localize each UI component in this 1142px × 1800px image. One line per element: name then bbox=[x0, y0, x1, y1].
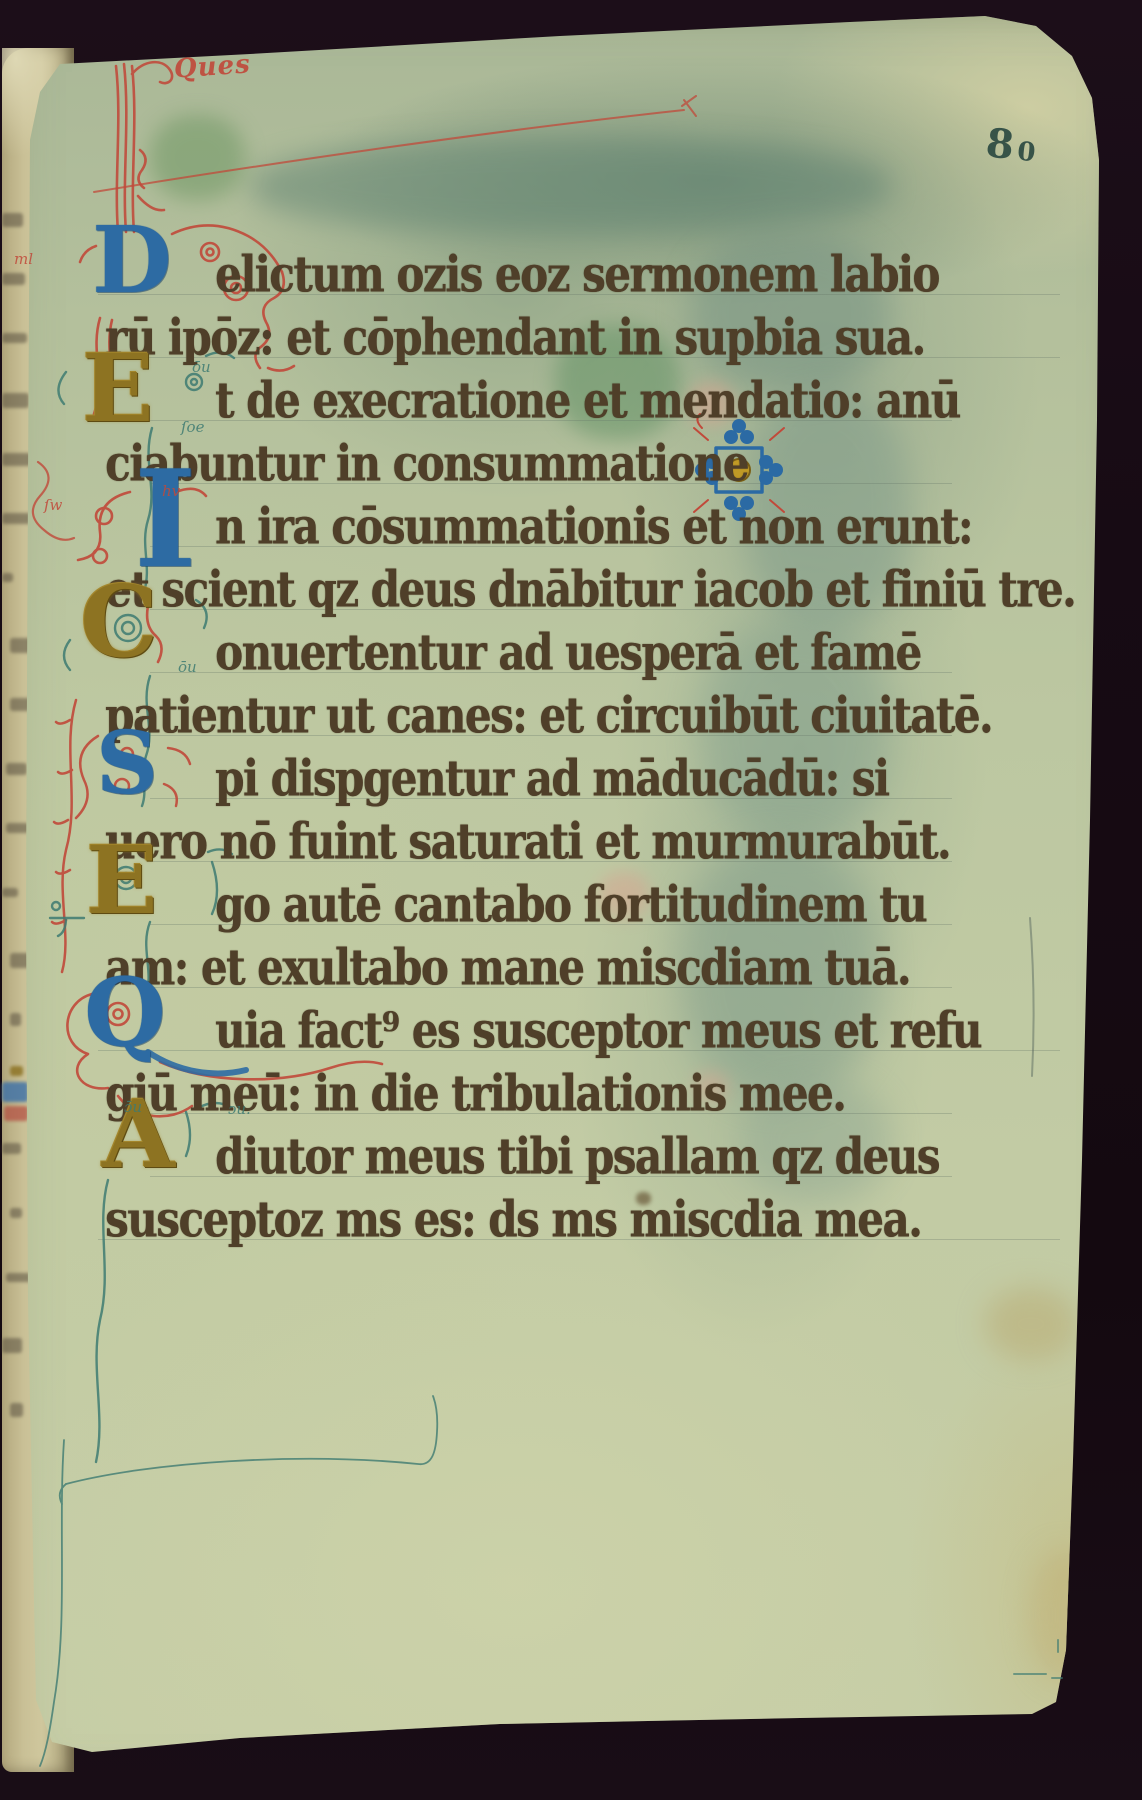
manuscript-photo: elictum ozis eoz sermonem labiorū ipōz: … bbox=[0, 0, 1142, 1800]
showthrough-mark bbox=[2, 393, 29, 408]
text-line: susceptoz ms es: ds ms miscdia mea. bbox=[105, 1195, 921, 1245]
showthrough-mark bbox=[6, 763, 27, 775]
text-line: diutor meus tibi psallam qz deus bbox=[215, 1132, 939, 1182]
text-line: go autē cantabo fortitudinem tu bbox=[215, 880, 926, 930]
showthrough-mark bbox=[2, 213, 23, 227]
text-line: pi dispgentur ad māducādū: si bbox=[215, 754, 888, 804]
text-line: giū meū: in die tribulationis mee. bbox=[105, 1069, 845, 1119]
showthrough-decoration bbox=[2, 1082, 28, 1102]
showthrough-mark bbox=[2, 1338, 22, 1353]
text-line: rū ipōz: et cōphendant in supbia sua. bbox=[105, 313, 925, 363]
text-line: t de execratione et mendatio: anū bbox=[215, 376, 960, 426]
guide-mark: ɔu. bbox=[228, 1102, 251, 1117]
guide-mark: ōu bbox=[178, 660, 197, 675]
showthrough-mark bbox=[2, 1143, 21, 1154]
red-margin-inscription: Ques bbox=[173, 51, 251, 82]
showthrough-mark bbox=[10, 1208, 22, 1218]
illuminated-initial-s: S bbox=[96, 730, 158, 799]
text-line: uia fact⁹ es susceptor meus et refu bbox=[215, 1006, 981, 1056]
guide-mark: ml bbox=[14, 252, 33, 267]
text-line: n ira cōsummationis et non erunt: bbox=[215, 502, 972, 552]
showthrough-mark bbox=[6, 823, 29, 833]
text-line: am: et exultabo mane miscdiam tuā. bbox=[105, 943, 910, 993]
showthrough-decoration bbox=[4, 1106, 28, 1121]
guide-mark: ſw bbox=[44, 498, 62, 513]
illuminated-initial-e: E bbox=[82, 352, 154, 427]
guide-mark: ɔ̄u bbox=[124, 1100, 142, 1115]
folio-number: 80 bbox=[984, 123, 1042, 168]
text-line: patientur ut canes: et circuibūt ciuitat… bbox=[105, 691, 992, 741]
text-line: ciabuntur in consummatione bbox=[105, 439, 748, 489]
showthrough-mark bbox=[2, 573, 13, 582]
text-line: elictum ozis eoz sermonem labio bbox=[215, 250, 939, 300]
showthrough-mark bbox=[2, 888, 18, 897]
text-line: onuertentur ad uesperā et famē bbox=[215, 628, 921, 678]
text-line: et scient qz deus dnābitur iacob et fini… bbox=[105, 565, 1075, 615]
illuminated-initial-e: E bbox=[86, 844, 158, 919]
illuminated-initial-q: Q bbox=[84, 976, 166, 1051]
illuminated-initial-d: D bbox=[92, 224, 172, 298]
offset-stain bbox=[250, 138, 890, 234]
guide-mark: ōu bbox=[192, 360, 211, 375]
offset-stain bbox=[985, 1288, 1077, 1360]
showthrough-decoration bbox=[10, 1066, 23, 1076]
showthrough-mark bbox=[10, 1013, 21, 1026]
guide-mark: hv bbox=[162, 484, 180, 499]
showthrough-mark bbox=[2, 273, 25, 285]
showthrough-mark bbox=[2, 453, 31, 466]
offset-stain bbox=[150, 115, 245, 200]
showthrough-mark bbox=[2, 333, 27, 343]
guide-mark: ſoe bbox=[181, 420, 204, 435]
showthrough-mark bbox=[10, 1403, 23, 1417]
text-line: uero nō fuint saturati et murmurabūt. bbox=[105, 817, 950, 867]
illuminated-initial-c: C bbox=[80, 584, 158, 662]
